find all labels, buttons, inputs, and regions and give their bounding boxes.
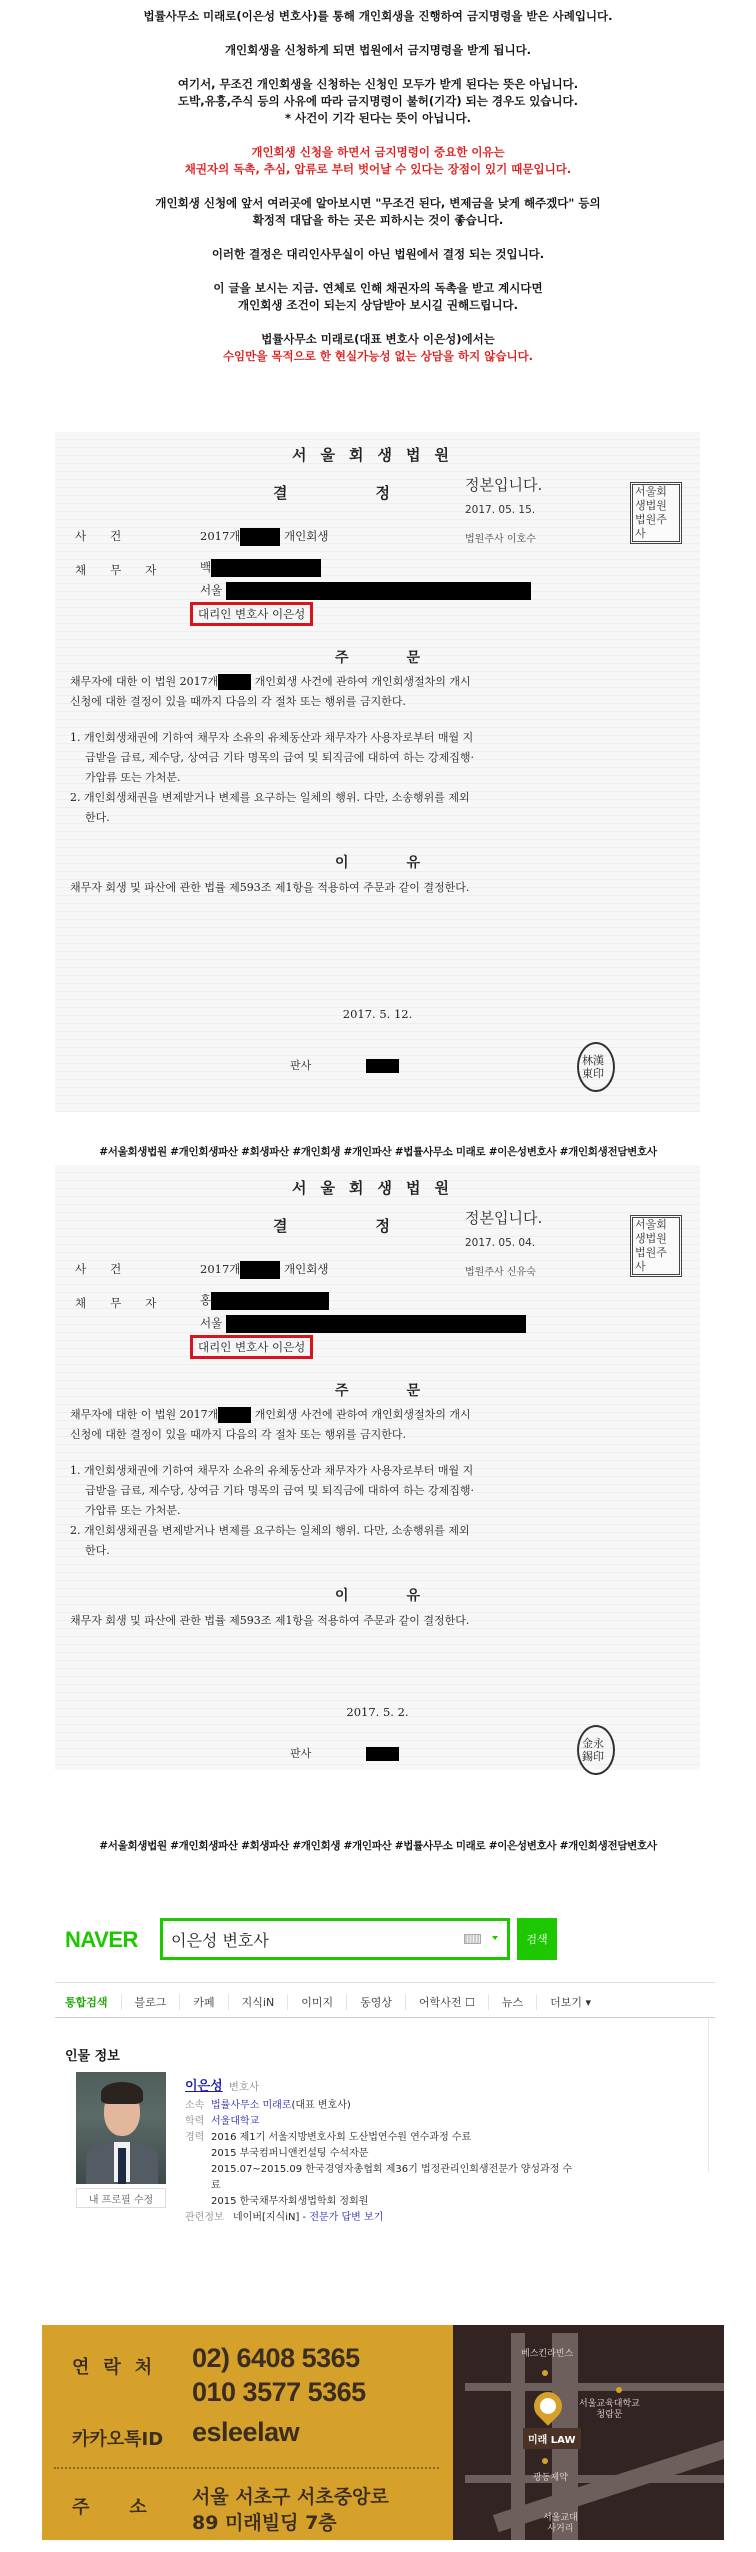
- map-landmark: 서울교대 사거리: [543, 2513, 578, 2535]
- tab-cafe[interactable]: 카페: [179, 1994, 227, 2010]
- order-heading: 주문: [55, 1380, 700, 1400]
- judge-signature: 판사: [290, 1057, 399, 1073]
- decision-title: 결정: [273, 482, 390, 503]
- search-box: [160, 1918, 510, 1960]
- expert-answer-link[interactable]: 전문가 답변 보기: [309, 2212, 383, 2223]
- hashtags: #서울회생법원 #개인회생파산 #회생파산 #개인회생 #개인파산 #법률사무소…: [0, 1838, 756, 1853]
- redaction: [226, 582, 531, 600]
- intro-line: 여기서, 무조건 개인회생을 신청하는 신청인 모두가 받게 된다는 뜻은 아닙…: [0, 76, 756, 93]
- map-landmark: 광동제약: [533, 2473, 568, 2484]
- caret-down-icon[interactable]: [492, 1936, 498, 1940]
- map-landmark: 서울교육대학교 청람문: [579, 2399, 640, 2421]
- keyboard-icon[interactable]: [464, 1934, 481, 1944]
- certified-date: 2017. 05. 04.: [465, 1237, 535, 1249]
- phone-office[interactable]: 02) 6408 5365: [192, 2343, 360, 2374]
- tab-kin[interactable]: 지식iN: [228, 1994, 288, 2010]
- naver-search-result: NAVER 검색 통합검색 블로그 카페 지식iN 이미지 동영상 어학사전 ☐…: [55, 1905, 715, 2185]
- search-tabs: 통합검색 블로그 카페 지식iN 이미지 동영상 어학사전 ☐ 뉴스 더보기 ▾: [65, 1994, 604, 2010]
- sign-date: 2017. 5. 2.: [55, 1705, 700, 1719]
- court-decision-document: 서울회생법원 결정 정본입니다. 2017. 05. 04. 법원주사 신유숙 …: [55, 1165, 700, 1770]
- search-button[interactable]: 검색: [517, 1918, 557, 1960]
- intro-line: 도박,유흥,주식 등의 사유에 따라 금지명령이 불허(기각) 되는 경우도 있…: [0, 93, 756, 110]
- intro-line: 법률사무소 미래로(대표 변호사 이은성)에서는: [0, 331, 756, 348]
- intro-line: 확정적 대답을 하는 곳은 피하시는 것이 좋습니다.: [0, 212, 756, 229]
- certified-copy-label: 정본입니다.: [465, 1207, 542, 1228]
- education-link[interactable]: 서울대학교: [211, 2116, 259, 2127]
- judge-signature: 판사: [290, 1745, 399, 1761]
- intro-line: 개인회생 조건이 되는지 상담받아 보시길 권해드립니다.: [0, 297, 756, 314]
- contact-banner: 연락처 02) 6408 5365 010 3577 5365 카카오톡ID e…: [42, 2325, 724, 2540]
- map-landmark: 베스킨라빈스: [521, 2349, 573, 2360]
- intro-line: 개인회생 신청에 앞서 여러곳에 알아보시면 "무조건 된다, 변제금을 낮게 …: [0, 195, 756, 212]
- certified-date: 2017. 05. 15.: [465, 504, 535, 516]
- tab-dictionary[interactable]: 어학사전 ☐: [405, 1994, 488, 2010]
- contact-label: 연락처: [72, 2353, 166, 2379]
- landmark-dot-icon: [542, 2370, 548, 2376]
- location-map: 베스킨라빈스 미래 LAW 서울교육대학교 청람문 광동제약 서울교대 사거리: [453, 2325, 724, 2540]
- intro-text: 법률사무소 미래로(이은성 변호사)를 통해 개인회생을 진행하여 금지명령을 …: [0, 8, 756, 365]
- intro-highlight: 개인회생 신청을 하면서 금지명령이 중요한 이유는: [0, 144, 756, 161]
- intro-line: 이 글을 보시는 지금. 연체로 인해 채권자의 독촉을 받고 계시다면: [0, 280, 756, 297]
- court-decision-document: 서울회생법원 결정 정본입니다. 2017. 05. 15. 법원주사 이호수 …: [55, 432, 700, 1112]
- judge-seal-icon: 林漢東印: [577, 1042, 615, 1092]
- tab-blog[interactable]: 블로그: [121, 1994, 180, 2010]
- address-line-1: 서울 서초구 서초중앙로: [192, 2483, 389, 2511]
- court-seal-icon: 서울회생법원법원주사: [630, 1215, 682, 1277]
- intro-line: 법률사무소 미래로(이은성 변호사)를 통해 개인회생을 진행하여 금지명령을 …: [0, 8, 756, 25]
- court-clerk: 법원주사 이호수: [465, 530, 536, 545]
- tab-image[interactable]: 이미지: [287, 1994, 346, 2010]
- intro-highlight: 채권자의 독촉, 추심, 압류로 부터 벗어날 수 있다는 장점이 있기 때문입…: [0, 161, 756, 178]
- profile-photo: [76, 2072, 166, 2184]
- court-seal-icon: 서울회생법원법원주사: [630, 482, 682, 544]
- order-heading: 주문: [55, 647, 700, 667]
- agent-lawyer-highlight: 대리인 변호사 이은성: [190, 1335, 313, 1359]
- edit-profile-button[interactable]: 내 프로필 수정: [76, 2188, 166, 2208]
- contact-info: 연락처 02) 6408 5365 010 3577 5365 카카오톡ID e…: [42, 2325, 453, 2540]
- intro-line: 개인회생을 신청하게 되면 법원에서 금지명령을 받게 됩니다.: [0, 42, 756, 59]
- naver-logo[interactable]: NAVER: [65, 1927, 138, 1953]
- case-label: 사건: [75, 1261, 145, 1277]
- redaction: [211, 559, 321, 577]
- address-label: 주소: [72, 2493, 187, 2519]
- reason-body: 채무자 회생 및 파산에 관한 법률 제593조 제1항을 적용하여 주문과 같…: [70, 1611, 685, 1631]
- debtor-name: 백: [200, 559, 321, 577]
- case-number: 2017개 개인회생: [200, 1261, 328, 1279]
- reason-heading: 이유: [55, 852, 700, 872]
- intro-highlight: 수임만을 목적으로 한 현실가능성 없는 상담을 하지 않습니다.: [0, 348, 756, 365]
- kakao-id: esleelaw: [192, 2417, 299, 2448]
- debtor-name: 홍: [200, 1292, 329, 1310]
- hashtags: #서울회생법원 #개인회생파산 #회생파산 #개인회생 #개인파산 #법률사무소…: [0, 1144, 756, 1159]
- debtor-address: 서울: [200, 1315, 526, 1333]
- case-number: 2017개 개인회생: [200, 528, 328, 546]
- address-line-2: 89 미래빌딩 7층: [192, 2509, 337, 2537]
- tab-news[interactable]: 뉴스: [488, 1994, 536, 2010]
- tab-integrated[interactable]: 통합검색: [65, 1994, 121, 2010]
- order-body: 채무자에 대한 이 법원 2017개 개인회생 사건에 관하여 개인회생절차의 …: [70, 1405, 685, 1561]
- debtor-label: 채무자: [75, 562, 180, 578]
- certified-copy-label: 정본입니다.: [465, 474, 542, 495]
- reason-heading: 이유: [55, 1585, 700, 1605]
- affiliation-link[interactable]: 법률사무소 미래로: [211, 2100, 291, 2111]
- intro-line: 이러한 결정은 대리인사무실이 아닌 법원에서 결정 되는 것입니다.: [0, 246, 756, 263]
- office-badge: 미래 LAW: [523, 2428, 581, 2449]
- court-name: 서울회생법원: [55, 444, 700, 465]
- redaction: [240, 528, 280, 546]
- court-clerk: 법원주사 신유숙: [465, 1263, 536, 1278]
- person-info-title: 인물 정보: [65, 2045, 120, 2064]
- debtor-label: 채무자: [75, 1295, 180, 1311]
- tab-video[interactable]: 동영상: [346, 1994, 405, 2010]
- case-label: 사건: [75, 528, 145, 544]
- phone-mobile[interactable]: 010 3577 5365: [192, 2377, 366, 2408]
- intro-line: * 사건이 기각 된다는 뜻이 아닙니다.: [0, 110, 756, 127]
- agent-lawyer-highlight: 대리인 변호사 이은성: [190, 602, 313, 626]
- person-name: 이은성변호사: [185, 2075, 259, 2094]
- kakao-label: 카카오톡ID: [72, 2425, 163, 2451]
- order-body: 채무자에 대한 이 법원 2017개 개인회생 사건에 관하여 개인회생절차의 …: [70, 672, 685, 828]
- reason-body: 채무자 회생 및 파산에 관한 법률 제593조 제1항을 적용하여 주문과 같…: [70, 878, 685, 898]
- judge-seal-icon: 金永錫印: [577, 1725, 615, 1775]
- person-details: 소속법률사무소 미래로(대표 변호사) 학력서울대학교 경력2016 제1기 서…: [185, 2098, 572, 2226]
- person-name-link[interactable]: 이은성: [185, 2079, 223, 2094]
- court-name: 서울회생법원: [55, 1177, 700, 1198]
- debtor-address: 서울: [200, 582, 531, 600]
- sign-date: 2017. 5. 12.: [55, 1007, 700, 1021]
- tab-more[interactable]: 더보기 ▾: [536, 1994, 604, 2010]
- decision-title: 결정: [273, 1215, 390, 1236]
- search-input[interactable]: [163, 1921, 453, 1957]
